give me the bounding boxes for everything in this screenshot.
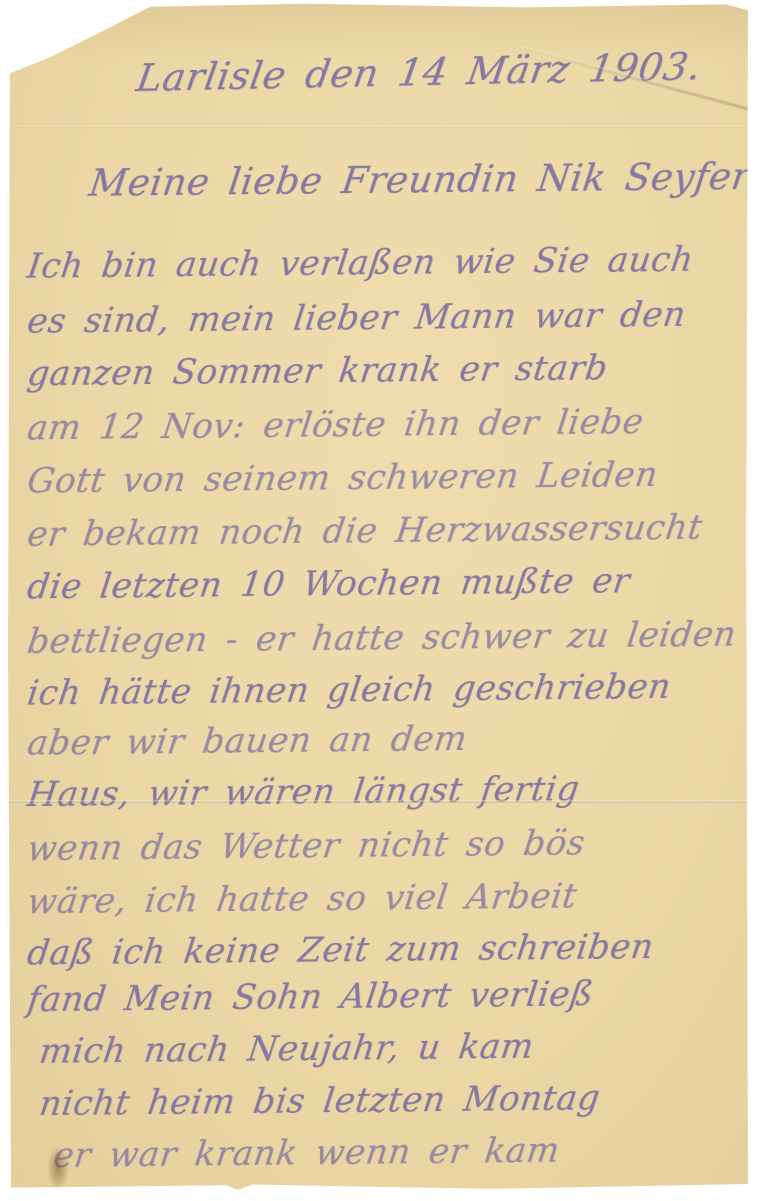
stain-mark [48, 1148, 68, 1188]
letter-scan: Larlisle den 14 März 1903. Meine liebe F… [0, 0, 760, 1201]
letter-line: fand Mein Sohn Albert verließ [25, 974, 596, 1020]
letter-line: Haus, wir wären längst fertig [25, 769, 582, 815]
letter-line: ich hätte ihnen gleich geschrieben [25, 667, 673, 714]
letter-line: am 12 Nov: erlöste ihn der liebe [25, 402, 646, 448]
letter-line: wenn das Wetter nicht so bös [25, 823, 588, 869]
letter-line: aber wir bauen an dem [25, 719, 469, 764]
fold-crease-top [8, 126, 748, 128]
letter-line: es sind, mein lieber Mann war den [25, 295, 688, 342]
letter-line: daß ich keine Zeit zum schreiben [25, 927, 656, 974]
letter-line: wäre, ich hatte so viel Arbeit [25, 876, 579, 922]
letter-line: Ich bin auch verlaßen wie Sie auch [25, 240, 696, 287]
salutation-line: Meine liebe Freundin Nik Seyfert [87, 154, 760, 204]
letter-paper: Larlisle den 14 März 1903. Meine liebe F… [8, 2, 748, 1190]
letter-line: er bekam noch die Herzwassersucht [25, 507, 705, 554]
letter-line: bettliegen - er hatte schwer zu leiden [25, 614, 739, 661]
letter-line: er war krank wenn er kam [51, 1130, 562, 1175]
date-line: Larlisle den 14 März 1903. [134, 44, 705, 100]
letter-line: mich nach Neujahr, u kam [37, 1026, 536, 1071]
letter-line: ganzen Sommer krank er starb [25, 348, 610, 394]
letter-line: nicht heim bis letzten Montag [37, 1078, 602, 1124]
letter-line: Gott von seinem schweren Leiden [25, 455, 660, 502]
letter-line: die letzten 10 Wochen mußte er [25, 561, 632, 607]
